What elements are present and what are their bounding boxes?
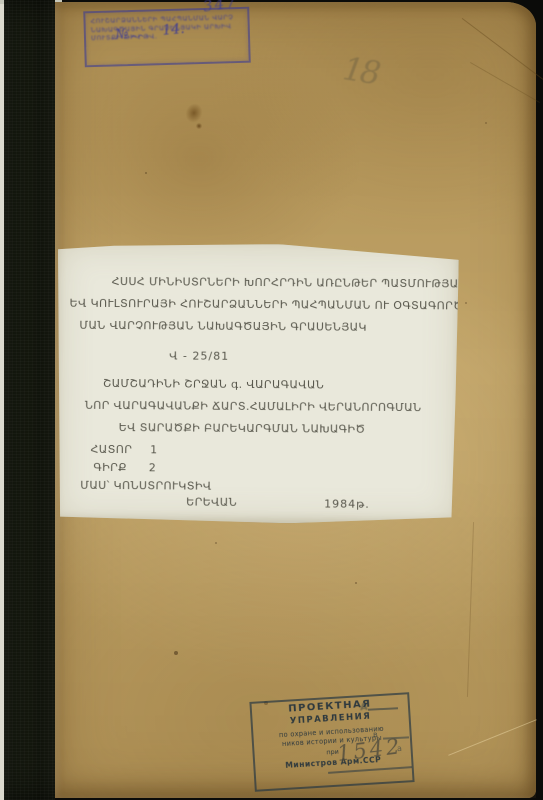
label-city: ԵՐԵՎԱՆ	[186, 496, 237, 509]
bottom-crease	[448, 719, 536, 756]
label-line-part: ՄԱՍ՝ ԿՈՆՍՏՐՈՒԿՏԻՎ	[80, 479, 211, 493]
label-line-project-2: ԵՎ ՏԱՐԱԾՔԻ ԲԱՐԵԿԱՐԳՄԱՆ ՆԱԽԱԳԻԾ	[119, 421, 366, 436]
handwriting-squiggle: llll	[127, 19, 162, 38]
label-line-organization-3: ՄԱՆ ՎԱՐՉՈՒԹՅԱՆ ՆԱԽԱԳԾԱՅԻՆ ԳՐԱՍԵՆՅԱԿ	[79, 319, 367, 334]
ink-stain-dot	[195, 122, 203, 130]
label-year: 1984թ.	[324, 497, 370, 510]
label-line-project-1: ՆՈՐ ՎԱՐԱԳԱՎԱՆՔԻ ՃԱՐՏ.ՀԱՄԱԼԻՐԻ ՎԵՐԱՆՈՐՈԳՄ…	[85, 399, 422, 414]
paper-specks	[55, 2, 57, 4]
title-label: ՀՍՍՀ ՄԻՆԻՍՏՐՆԵՐԻ ԽՈՐՀՐԴԻՆ ԱՌԸՆԹԵՐ ՊԱՏՄՈՒ…	[56, 243, 459, 525]
number-sign: №	[115, 26, 130, 43]
book-spine	[4, 0, 55, 800]
label-line-code: Վ - 25/81	[169, 349, 229, 362]
label-line-book: ԳԻՐՔ 2	[93, 461, 156, 474]
stamp-faint-letter: А	[360, 702, 368, 713]
label-line-organization-1: ՀՍՍՀ ՄԻՆԻՍՏՐՆԵՐԻ ԽՈՐՀՐԴԻՆ ԱՌԸՆԹԵՐ ՊԱՏՄՈՒ…	[112, 275, 467, 290]
label-line-location: ՇԱՄՇԱԴԻՆԻ ՇՐՋԱՆ գ. ՎԱՐԱԳԱՎԱՆ	[103, 377, 324, 392]
label-line-organization-2: ԵՎ ԿՈՒԼՏՈՒՐԱՅԻ ՀՈՒՇԱՐՁԱՆՆԵՐԻ ՊԱՀՊԱՆՄԱՆ Ո…	[70, 297, 464, 313]
scanned-document: 18 ՀՈՒՇԱՐՁԱՆՆԵՐԻ ՊԱՀՊԱՆՄԱՆ ՎԱՐՉ ՆԱԽԱԳԾԱՅ…	[0, 0, 543, 800]
pencil-page-number: 18	[340, 50, 380, 93]
entry-number-value: 14.	[162, 21, 186, 39]
ink-stain	[179, 97, 209, 129]
vertical-crease	[467, 522, 474, 697]
label-line-volume: ՀԱՏՈՐ 1	[90, 443, 157, 456]
